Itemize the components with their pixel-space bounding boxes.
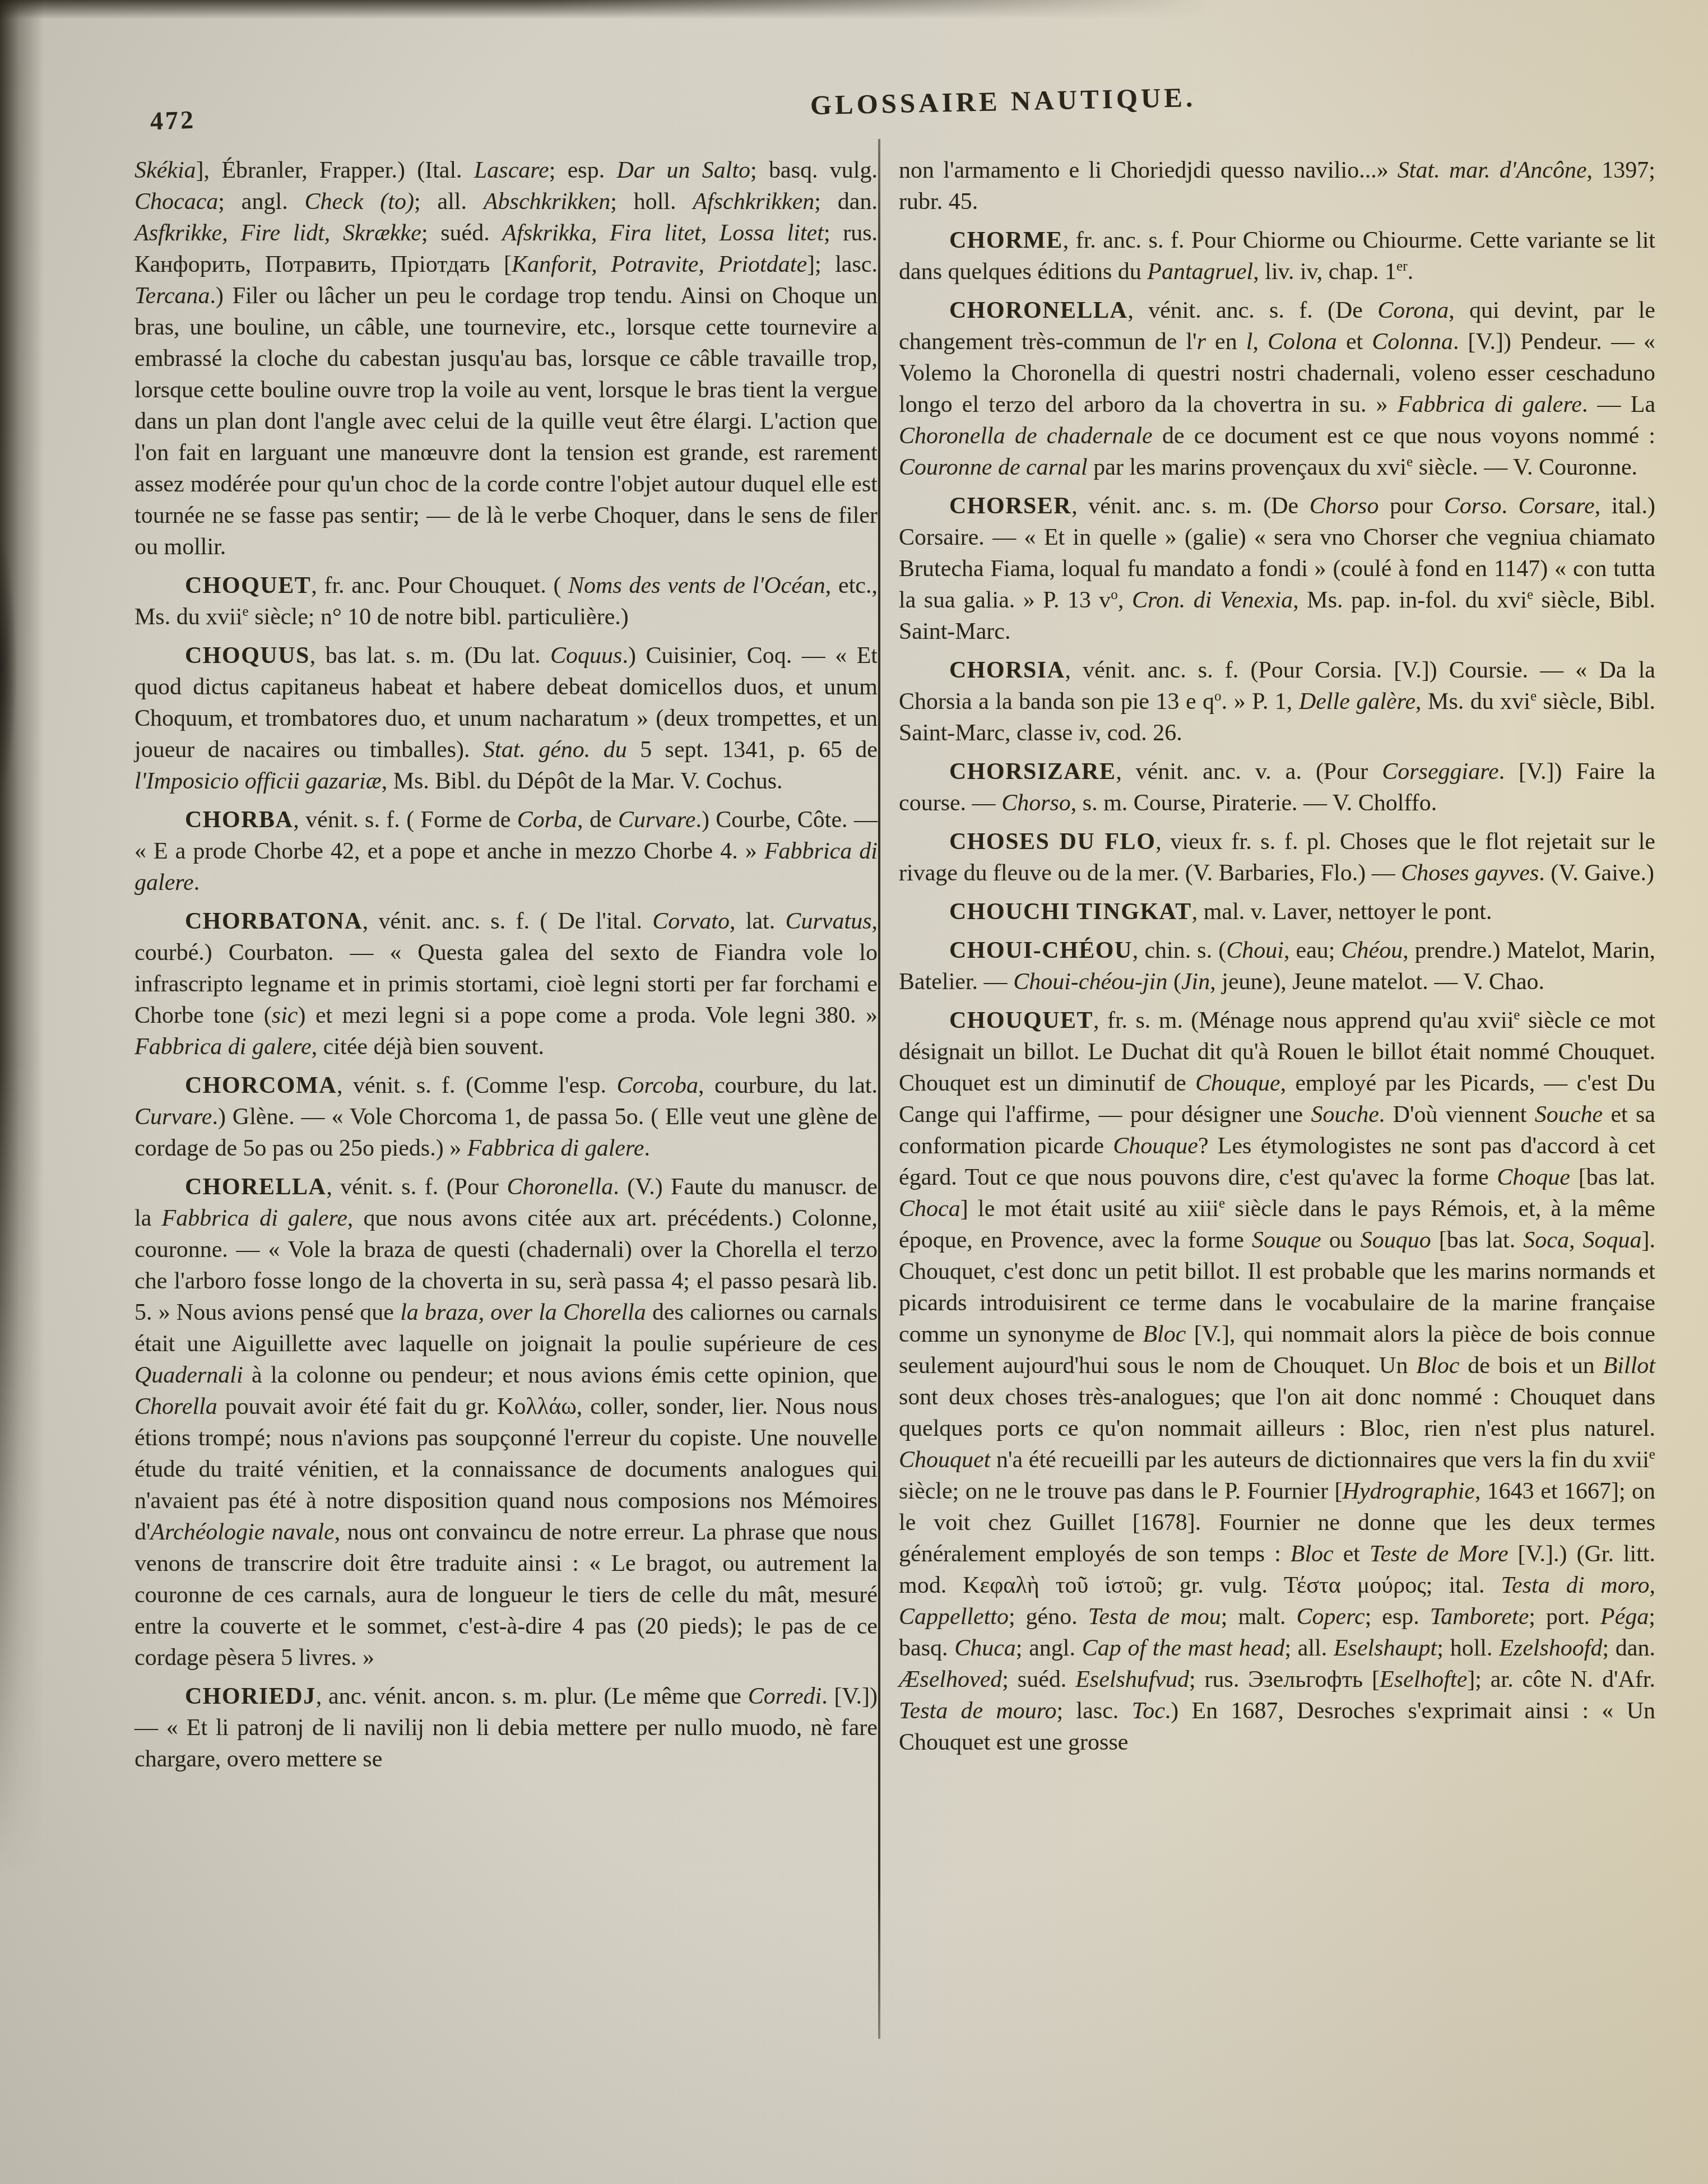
italic-term: Chuca (954, 1635, 1016, 1661)
italic-term: r (1197, 329, 1206, 355)
headword: CHORCOMA (185, 1073, 337, 1098)
italic-term: Choui-chéou-jin (1013, 969, 1167, 995)
italic-term: Fabbrica di galere (1398, 392, 1582, 418)
superscript: e (1514, 1008, 1520, 1023)
italic-term: Curvare (134, 1104, 212, 1130)
body-text: , liv. iv, chap. 1 (1253, 259, 1396, 285)
italic-term: Corona (1377, 298, 1449, 323)
italic-term: Choca (899, 1196, 960, 1222)
italic-term: Bloc (1143, 1321, 1186, 1347)
dictionary-entry: CHORBATONA, vénit. anc. s. f. ( De l'ita… (134, 906, 878, 1063)
body-text: ; suéd. (1002, 1667, 1075, 1693)
body-text: , Ms. du xvi (1415, 689, 1530, 715)
body-text: . (644, 1135, 650, 1161)
italic-term: sic (272, 1003, 298, 1028)
body-text: par les marins provençaux du xvi (1088, 455, 1407, 480)
italic-term: Choses gayves (1401, 860, 1539, 886)
italic-term: Chorso (1310, 493, 1379, 519)
italic-term: Hydrographie (1343, 1478, 1475, 1504)
dictionary-entry: CHOUCHI TINGKAT, mal. v. Laver, nettoyer… (899, 896, 1655, 928)
superscript: e (1407, 455, 1413, 470)
italic-term: Corso (1444, 493, 1502, 519)
italic-term: Corsare (1519, 493, 1595, 519)
dictionary-entry: CHORME, fr. anc. s. f. Pour Chiorme ou C… (899, 225, 1655, 288)
headword: CHORME (949, 228, 1063, 253)
book-gutter-shadow (0, 0, 44, 1933)
body-text: . D'où viennent (1379, 1102, 1535, 1128)
body-text: ; holl. (610, 189, 693, 215)
italic-term: Choronella (507, 1174, 613, 1200)
column-divider-rule (878, 139, 880, 2039)
italic-term: Stat. mar. d'Ancône (1398, 157, 1587, 183)
headword: CHORBATONA (185, 908, 363, 934)
dictionary-entry: CHORBA, vénit. s. f. ( Forme de Corba, d… (134, 804, 878, 898)
body-text: 5 sept. 1341, p. 65 de (627, 737, 878, 763)
headword: CHORONELLA (949, 298, 1127, 323)
italic-term: Eselhofte (1380, 1667, 1467, 1693)
body-text: ] le mot était usité au xiii (960, 1196, 1219, 1222)
body-text: , (1253, 329, 1268, 355)
italic-term: Tercana (134, 283, 210, 309)
body-text: ( (1167, 969, 1181, 995)
body-text: , Ms. pap. in-fol. du xvi (1293, 587, 1527, 613)
body-text: . » P. 1, (1222, 689, 1299, 715)
italic-term: Chéou (1342, 938, 1403, 963)
body-text: siècle. — V. Couronne. (1413, 455, 1637, 480)
dictionary-entry: Skékia], Ébranler, Frapper.) (Ital. Lasc… (134, 155, 878, 563)
italic-term: Bloc (1291, 1541, 1334, 1567)
body-text: sont deux choses très-analogues; que l'o… (899, 1384, 1655, 1441)
body-text: , vénit. s. f. (Pour (326, 1174, 507, 1200)
body-text: , lat. (730, 908, 786, 934)
italic-term: Bloc (1416, 1353, 1459, 1379)
body-text: ; lasc. (1057, 1698, 1132, 1724)
body-text: , vénit. s. f. (Comme l'esp. (337, 1073, 617, 1098)
body-text: à la colonne ou pendeur; et nous avions … (243, 1362, 878, 1388)
body-text: , fr. anc. Pour Chouquet. ( (311, 573, 568, 599)
body-text: pour (1379, 493, 1444, 519)
italic-term: Check (to) (305, 189, 414, 215)
body-text: [bas lat. (1431, 1227, 1524, 1253)
body-text: . (V. Gaive.) (1539, 860, 1654, 886)
italic-term: Testa de mou (1088, 1604, 1221, 1630)
body-text: , vénit. s. f. ( Forme de (293, 807, 517, 833)
body-text: de ce document est ce que nous voyons no… (1153, 423, 1655, 449)
italic-term: Testa de mouro (899, 1698, 1057, 1724)
italic-term: la braza, over la Chorella (400, 1300, 646, 1325)
italic-term: Stat. géno. du (483, 737, 627, 763)
column-left: Skékia], Ébranler, Frapper.) (Ital. Lasc… (134, 155, 878, 1775)
body-text: [bas lat. (1570, 1165, 1655, 1190)
body-text: ; rus. Эзельгофть [ (1189, 1667, 1380, 1693)
italic-term: Skékia (134, 157, 196, 183)
body-text: ; dan. (1603, 1635, 1656, 1661)
body-text: , fr. s. m. (Ménage nous apprend qu'au x… (1093, 1008, 1514, 1033)
body-text: ], Ébranler, Frapper.) (Ital. (196, 157, 474, 183)
italic-term: Corcoba (617, 1073, 698, 1098)
italic-term: Eselshufvud (1075, 1667, 1189, 1693)
dictionary-entry: CHORCOMA, vénit. s. f. (Comme l'esp. Cor… (134, 1070, 878, 1164)
italic-term: Chouque (1113, 1133, 1198, 1159)
headword: CHOUQUET (949, 1008, 1093, 1033)
body-text: ; all. (414, 189, 484, 215)
headword: CHOSES DU FLO (949, 829, 1155, 855)
body-text: , Ms. Bibl. du Dépôt de la Mar. V. Cochu… (382, 768, 783, 794)
column-right: non l'armamento e li Choriedjdi quesso n… (899, 155, 1655, 1758)
body-text: et (1334, 1541, 1370, 1567)
italic-term: Corseggiare (1382, 759, 1498, 785)
italic-term: Jin (1181, 969, 1210, 995)
body-text: , chin. s. ( (1133, 938, 1226, 963)
body-text: ]; ar. côte N. d'Afr. (1467, 1667, 1655, 1693)
italic-term: Lascare (474, 157, 549, 183)
headword: CHOUCHI TINGKAT (949, 899, 1192, 925)
body-text: , eau; (1284, 938, 1342, 963)
italic-term: Eselshaupt (1334, 1635, 1437, 1661)
italic-term: Péga (1600, 1604, 1649, 1630)
superscript: e (1219, 1196, 1225, 1211)
body-text: , mal. v. Laver, nettoyer le pont. (1192, 899, 1492, 925)
body-text: . (194, 870, 200, 896)
italic-term: Coperc (1297, 1604, 1365, 1630)
body-text: , vénit. anc. s. f. (De (1127, 298, 1377, 323)
body-text: ; géno. (1009, 1604, 1088, 1630)
dictionary-entry: CHORSIA, vénit. anc. s. f. (Pour Corsia.… (899, 655, 1655, 749)
body-text: ; malt. (1221, 1604, 1297, 1630)
body-text: ; suéd. (421, 220, 502, 246)
dictionary-entry: CHORONELLA, vénit. anc. s. f. (De Corona… (899, 295, 1655, 483)
italic-term: Colonna (1372, 329, 1453, 355)
headword: CHORSIZARE (949, 759, 1116, 785)
body-text: ; esp. (549, 157, 617, 183)
dictionary-entry: non l'armamento e li Choriedjdi quesso n… (899, 155, 1655, 217)
body-text: siècle; on ne le trouve pas dans le P. F… (899, 1478, 1343, 1504)
italic-term: Quadernali (134, 1362, 243, 1388)
italic-term: Noms des vents de l'Océan (568, 573, 825, 599)
body-text: , (1118, 587, 1132, 613)
body-text: ) et mezi legni si a pope come a proda. … (298, 1003, 878, 1028)
body-text: non l'armamento e li Choriedjdi quesso n… (899, 157, 1398, 183)
body-text: ou (1321, 1227, 1361, 1253)
italic-term: Asfkrikke, Fire lidt, Skrække (134, 220, 421, 246)
headword: CHORBA (185, 807, 293, 833)
headword: CHORSER (949, 493, 1071, 519)
body-text: ; all. (1284, 1635, 1334, 1661)
italic-term: Kanforit, Potravite, Priotdate (512, 252, 807, 277)
dictionary-entry: CHORSER, vénit. anc. s. m. (De Chorso po… (899, 490, 1655, 647)
italic-term: Curvatus (786, 908, 872, 934)
italic-term: Afskrikka, Fira litet, Lossa litet (502, 220, 824, 246)
body-text: ; port. (1529, 1604, 1600, 1630)
italic-term: l'Imposicio officii gazariæ (134, 768, 382, 794)
body-text: et (1337, 329, 1372, 355)
headword: CHORELLA (185, 1174, 326, 1200)
body-text: ; angl. (1016, 1635, 1082, 1661)
italic-term: Chouquet (899, 1447, 990, 1473)
headword: CHOQUET (185, 573, 311, 599)
italic-term: Choque (1497, 1165, 1570, 1190)
body-text: , citée déjà bien souvent. (312, 1034, 544, 1060)
italic-term: Delle galère (1299, 689, 1415, 715)
dictionary-entry: CHORSIZARE, vénit. anc. v. a. (Pour Cors… (899, 756, 1655, 819)
italic-term: Corvato (652, 908, 730, 934)
dictionary-entry: CHOSES DU FLO, vieux fr. s. f. pl. Chose… (899, 826, 1655, 889)
italic-term: Choronella de chadernale (899, 423, 1153, 449)
italic-term: Dar un Salto (616, 157, 750, 183)
italic-term: Teste de More (1370, 1541, 1509, 1567)
italic-term: Ezelshoofd (1499, 1635, 1602, 1661)
italic-term: Corba (517, 807, 577, 833)
dictionary-entry: CHOQUET, fr. anc. Pour Chouquet. ( Noms … (134, 570, 878, 633)
italic-term: Fabbrica di galere (467, 1135, 644, 1161)
italic-term: Fabbrica di galere (134, 1034, 312, 1060)
italic-term: Souque (1252, 1227, 1321, 1253)
italic-term: Souche (1535, 1102, 1603, 1128)
body-text: n'a été recueilli par les auteurs de dic… (990, 1447, 1649, 1473)
body-text: .) Filer ou lâcher un peu le cordage tro… (134, 283, 878, 560)
headword: CHORSIA (949, 657, 1065, 683)
italic-term: Cron. di Venexia (1132, 587, 1293, 613)
italic-term: Soca, Soqua (1523, 1227, 1641, 1253)
italic-term: Chocaca (134, 189, 218, 215)
italic-term: Æselhoved (899, 1667, 1002, 1693)
italic-term: Archéologie navale (151, 1519, 335, 1545)
italic-term: Abschkrikken (484, 189, 610, 215)
headword: CHOUI-CHÉOU (949, 938, 1133, 963)
body-text: , vénit. anc. v. a. (Pour (1116, 759, 1382, 785)
italic-term: Coquus (550, 643, 622, 669)
italic-term: Chorso (1001, 790, 1071, 816)
superscript: o (1214, 689, 1222, 704)
italic-term: Souche (1311, 1102, 1379, 1128)
italic-term: Couronne de carnal (899, 455, 1088, 480)
superscript: e (1649, 1447, 1655, 1462)
page-number: 472 (150, 105, 196, 136)
dictionary-entry: CHOUQUET, fr. s. m. (Ménage nous apprend… (899, 1005, 1655, 1758)
body-text: ]; lasc. (807, 252, 878, 277)
headword: CHORIEDJ (185, 1684, 316, 1709)
body-text: , vénit. anc. s. m. (De (1071, 493, 1310, 519)
body-text: . (1408, 259, 1414, 285)
superscript: e (1530, 689, 1537, 704)
body-text: , anc. vénit. ancon. s. m. plur. (Le mêm… (316, 1684, 748, 1709)
body-text: siècle; n° 10 de notre bibl. particulièr… (249, 604, 629, 630)
superscript: o (1111, 587, 1118, 602)
italic-term: Souquo (1361, 1227, 1431, 1253)
body-text: ; holl. (1437, 1635, 1499, 1661)
dictionary-entry: CHORIEDJ, anc. vénit. ancon. s. m. plur.… (134, 1681, 878, 1775)
italic-term: Choui (1226, 938, 1284, 963)
dictionary-entry: CHORELLA, vénit. s. f. (Pour Choronella.… (134, 1171, 878, 1673)
dictionary-entry: CHOUI-CHÉOU, chin. s. (Choui, eau; Chéou… (899, 935, 1655, 998)
body-text: , s. m. Course, Piraterie. — V. Cholffo. (1071, 790, 1437, 816)
italic-term: Corredi (748, 1684, 821, 1709)
superscript: er (1396, 259, 1408, 274)
gutter-shadow-blot (0, 538, 17, 796)
italic-term: Tamborete (1430, 1604, 1529, 1630)
italic-term: Cap of the mast head (1082, 1635, 1285, 1661)
body-text: ; dan. (814, 189, 878, 215)
body-text: ; basq. vulg. (750, 157, 878, 183)
body-text: , jeune), Jeune matelot. — V. Chao. (1210, 969, 1544, 995)
body-text: ; esp. (1365, 1604, 1430, 1630)
italic-term: Chorella (134, 1394, 217, 1420)
body-text: , courbure, du lat. (698, 1073, 878, 1098)
italic-term: Curvare (618, 807, 695, 833)
body-text: en (1206, 329, 1246, 355)
italic-term: l (1246, 329, 1253, 355)
page-top-edge-shadow (0, 0, 1345, 19)
italic-term: Billot (1603, 1353, 1655, 1379)
italic-term: Afschkrikken (693, 189, 814, 215)
italic-term: Toc (1132, 1698, 1165, 1724)
body-text: , bas lat. s. m. (Du lat. (310, 643, 550, 669)
italic-term: Pantagruel (1147, 259, 1253, 285)
superscript: e (243, 604, 249, 619)
italic-term: Fabbrica di galere (162, 1205, 347, 1231)
body-text: ; angl. (218, 189, 304, 215)
italic-term: Chouque (1195, 1070, 1280, 1096)
italic-term: Colona (1268, 329, 1337, 355)
body-text: de bois et un (1459, 1353, 1603, 1379)
superscript: e (1527, 587, 1533, 602)
headword: CHOQUUS (185, 643, 310, 669)
dictionary-entry: CHOQUUS, bas lat. s. m. (Du lat. Coquus.… (134, 640, 878, 797)
body-text: . (1501, 493, 1518, 519)
body-text: , vénit. anc. s. f. ( De l'ital. (363, 908, 653, 934)
body-text: , de (577, 807, 618, 833)
body-text: . — La (1582, 392, 1655, 418)
